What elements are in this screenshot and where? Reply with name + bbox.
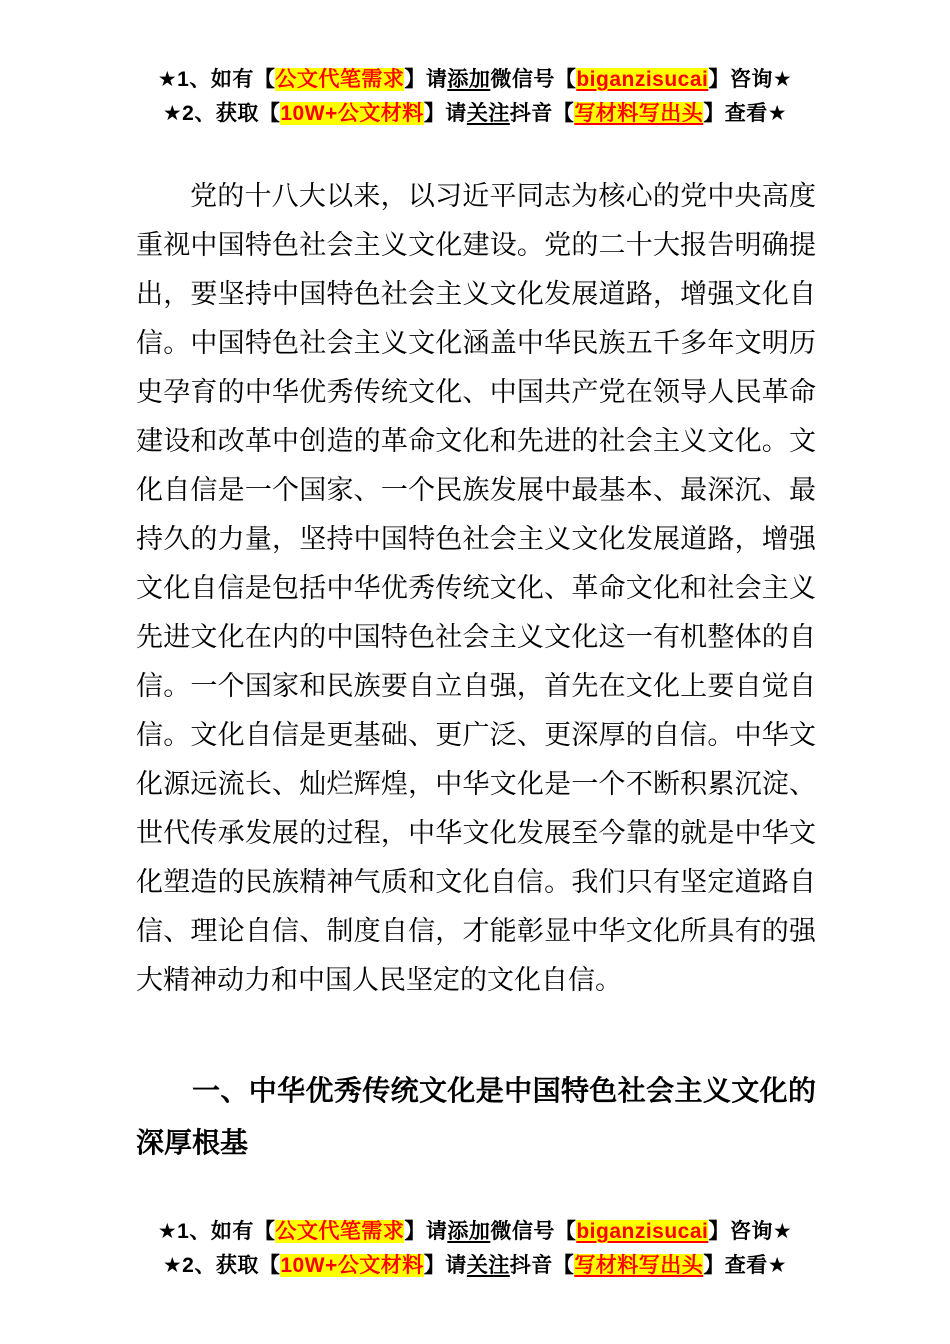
promo-banner-line-1: ★1、如有【公文代笔需求】请添加微信号【biganzisucai】咨询★: [0, 1215, 950, 1249]
promo-text-run: ★2、获取【: [163, 102, 281, 125]
document-body: 党的十八大以来，以习近平同志为核心的党中央高度重视中国特色社会主义文化建设。党的…: [136, 172, 816, 1169]
promo-banner-top: ★1、如有【公文代笔需求】请添加微信号【biganzisucai】咨询★ ★2、…: [0, 0, 950, 131]
promo-banner-line-2: ★2、获取【10W+公文材料】请关注抖音【写材料写出头】查看★: [0, 1249, 950, 1283]
promo-text-run: 10W+公文材料: [280, 102, 423, 125]
promo-text-run: 关注: [467, 102, 510, 125]
promo-text-run: 抖音【: [510, 102, 575, 125]
promo-banner-line-2: ★2、获取【10W+公文材料】请关注抖音【写材料写出头】查看★: [0, 97, 950, 131]
promo-text-run: 】咨询★: [708, 68, 792, 91]
promo-text-run: 】请: [404, 1220, 447, 1243]
promo-text-run: 微信号【: [490, 1220, 576, 1243]
promo-text-run: 】查看★: [703, 1254, 787, 1277]
promo-text-run: ★1、如有【: [158, 68, 276, 91]
promo-banner-line-1: ★1、如有【公文代笔需求】请添加微信号【biganzisucai】咨询★: [0, 63, 950, 97]
promo-text-run: 公文代笔需求: [275, 1220, 404, 1243]
document-page: ★1、如有【公文代笔需求】请添加微信号【biganzisucai】咨询★ ★2、…: [0, 0, 950, 1344]
promo-text-run: 关注: [467, 1254, 510, 1277]
promo-text-run: 】咨询★: [708, 1220, 792, 1243]
promo-text-run: 微信号【: [490, 68, 576, 91]
promo-text-run: 添加: [447, 68, 490, 91]
promo-text-run: ★1、如有【: [158, 1220, 276, 1243]
body-paragraph: 党的十八大以来，以习近平同志为核心的党中央高度重视中国特色社会主义文化建设。党的…: [136, 172, 816, 1005]
promo-text-run: 公文代笔需求: [275, 68, 404, 91]
promo-text-run: 抖音【: [510, 1254, 575, 1277]
promo-text-run: 】查看★: [703, 102, 787, 125]
promo-text-run: 10W+公文材料: [280, 1254, 423, 1277]
promo-text-run: 写材料写出头: [574, 102, 703, 125]
section-heading: 一、中华优秀传统文化是中国特色社会主义文化的深厚根基: [136, 1065, 816, 1169]
promo-text-run: 写材料写出头: [574, 1254, 703, 1277]
promo-text-run: 】请: [424, 1254, 467, 1277]
promo-banner-bottom: ★1、如有【公文代笔需求】请添加微信号【biganzisucai】咨询★ ★2、…: [0, 1215, 950, 1283]
promo-text-run: 添加: [447, 1220, 490, 1243]
promo-text-run: biganzisucai: [576, 68, 708, 91]
promo-text-run: ★2、获取【: [163, 1254, 281, 1277]
promo-text-run: 】请: [404, 68, 447, 91]
promo-text-run: biganzisucai: [576, 1220, 708, 1243]
promo-text-run: 】请: [424, 102, 467, 125]
